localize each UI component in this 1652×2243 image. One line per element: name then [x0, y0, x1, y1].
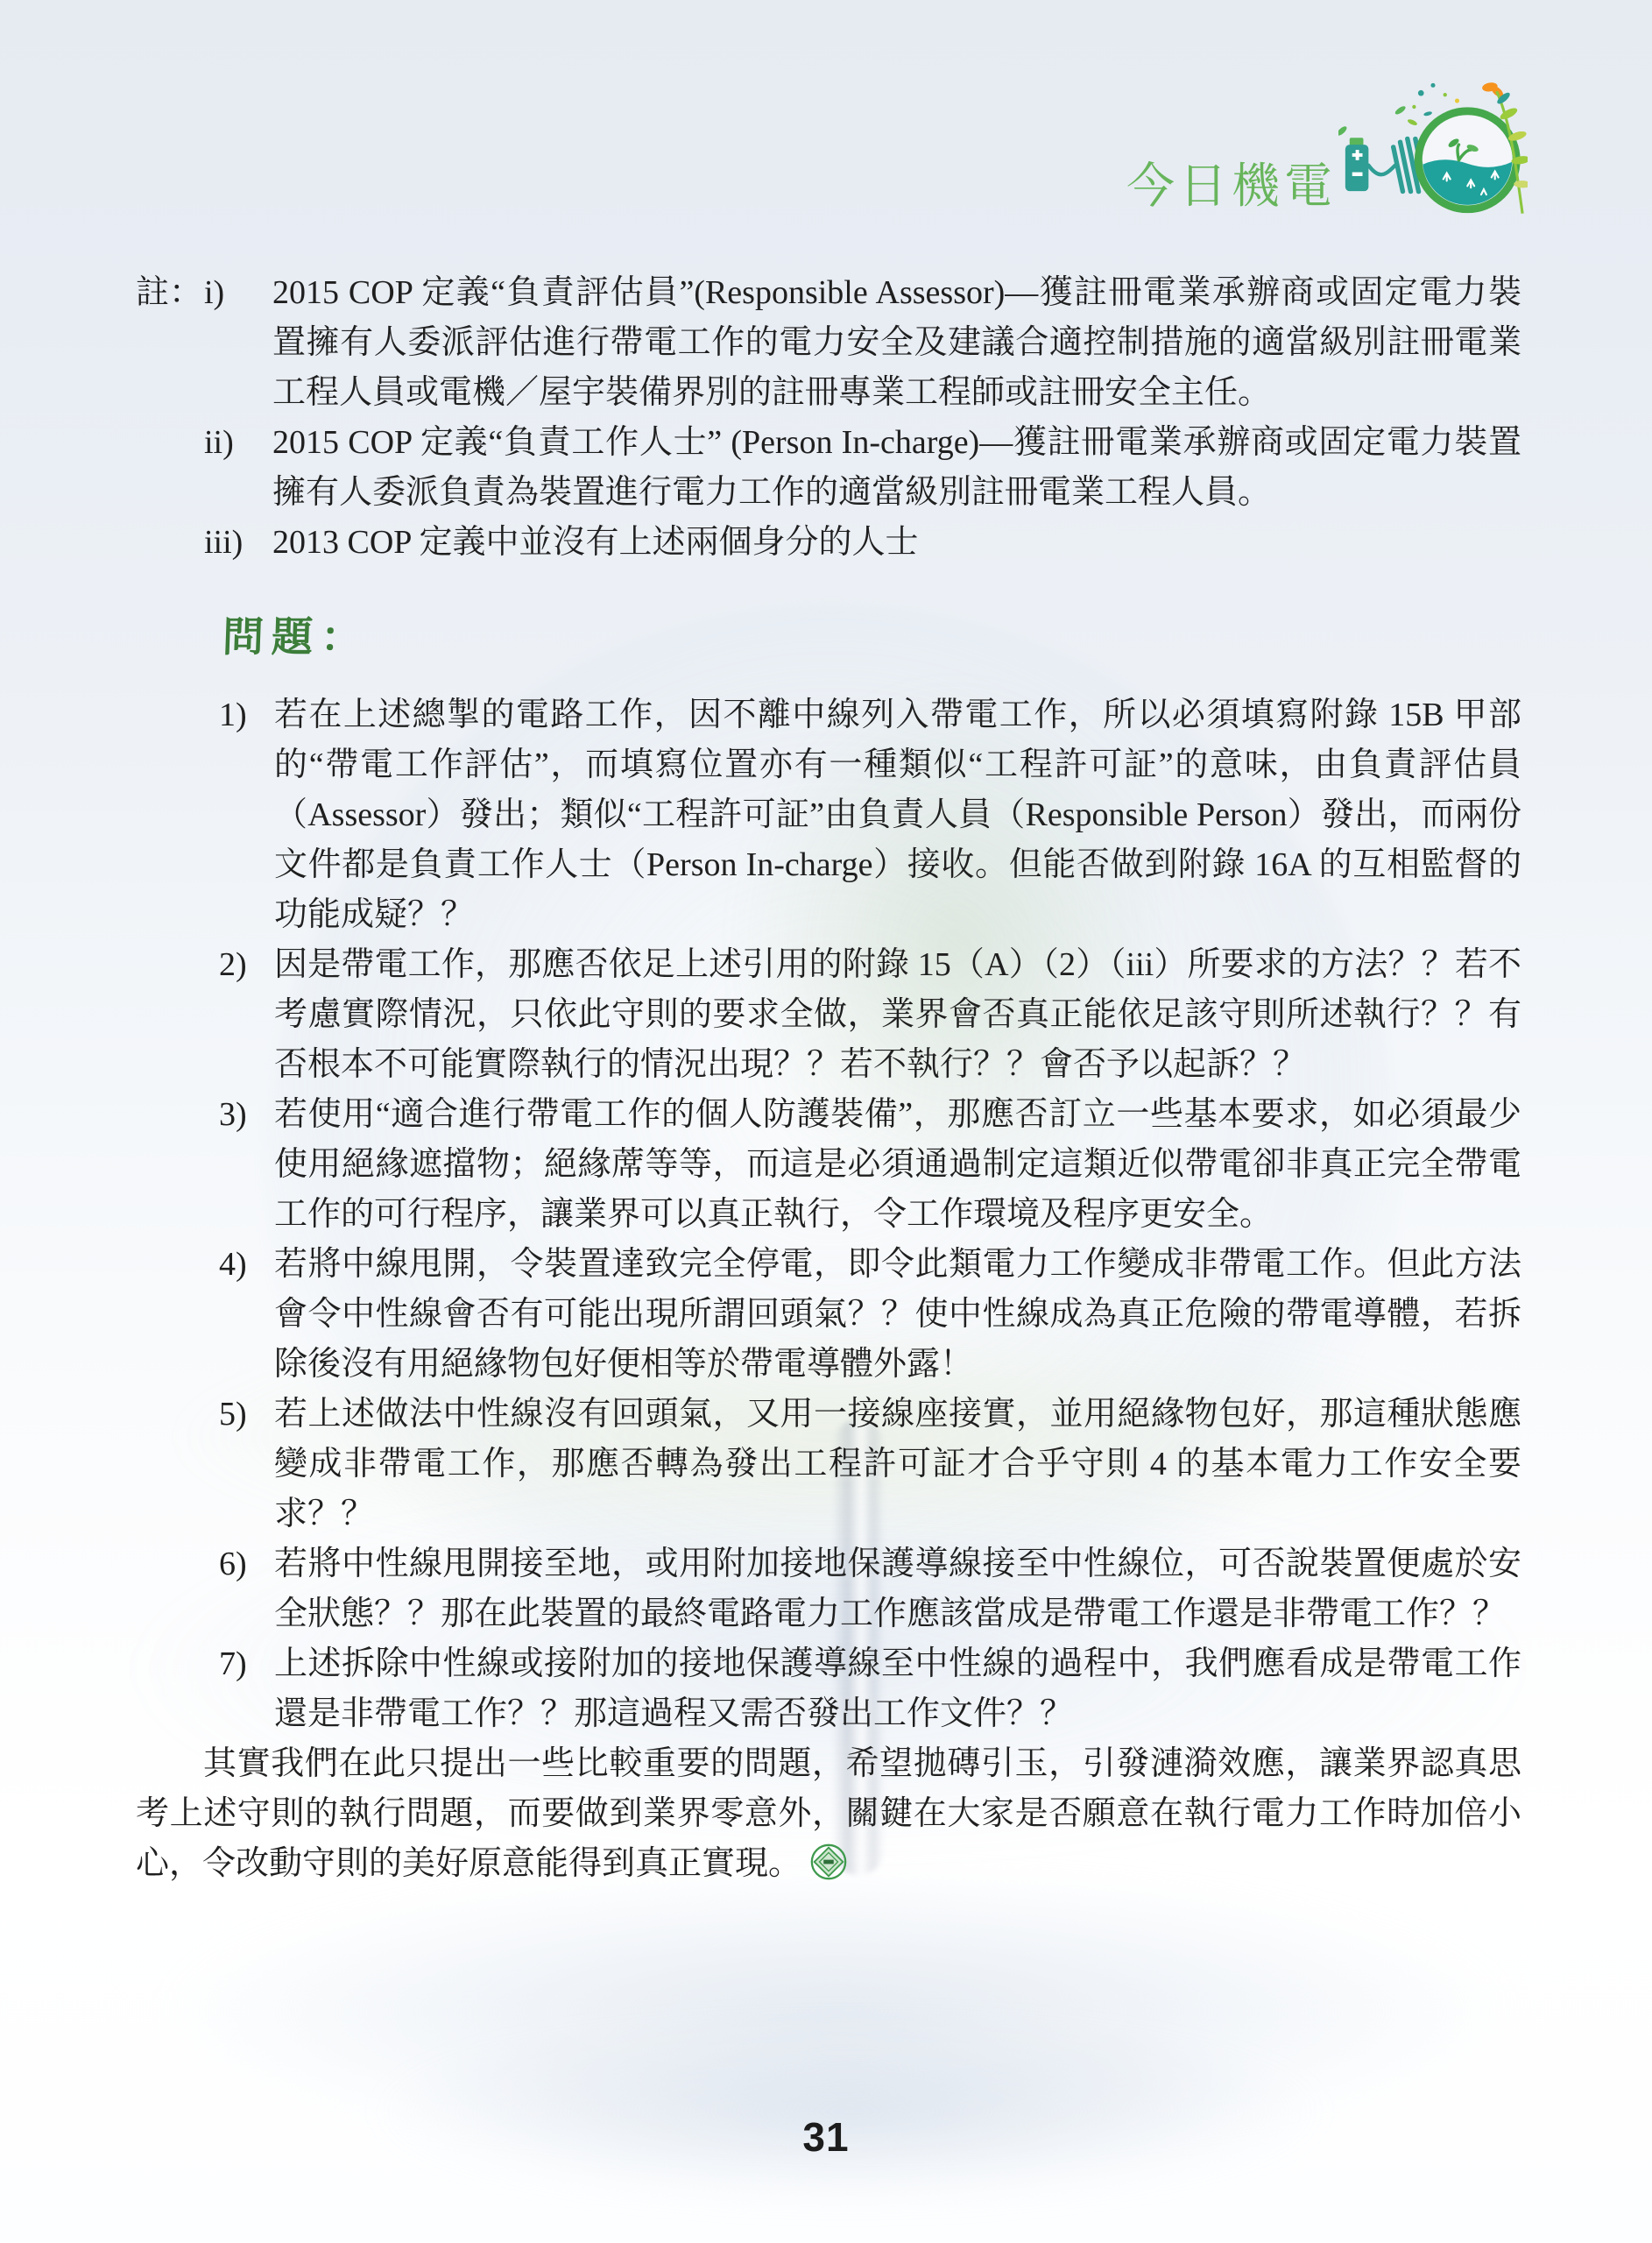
magazine-title: 今日機電 — [1126, 147, 1337, 216]
question-number: 7) — [219, 1639, 274, 1739]
question-text: 若使用“適合進行帶電工作的個人防護裝備”，那應否訂立一些基本要求，如必須最少使用… — [274, 1090, 1521, 1240]
closing-paragraph: 其實我們在此只提出一些比較重要的問題，希望拋磚引玉，引發漣漪效應，讓業界認真思考… — [136, 1739, 1521, 1889]
question-number: 3) — [219, 1090, 274, 1240]
question-item: 6) 若將中性線甩開接至地，或用附加接地保護導線接至中性線位，可否說裝置便處於安… — [219, 1539, 1521, 1639]
question-item: 7) 上述拆除中性線或接附加的接地保護導線至中性線的過程中，我們應看成是帶電工作… — [219, 1639, 1521, 1739]
note-item-number: iii) — [204, 518, 272, 568]
question-number: 1) — [219, 690, 274, 940]
watermark-ripple — [368, 2015, 1331, 2208]
note-item-number: ii) — [204, 418, 272, 518]
question-item: 2) 因是帶電工作，那應否依足上述引用的附錄 15（A）（2）（iii）所要求的… — [219, 940, 1521, 1090]
note-item-text: 2015 COP 定義“負責評估員”(Responsible Assessor)… — [272, 268, 1521, 418]
note-item-number: i) — [204, 268, 272, 418]
emsd-diamond-end-mark-icon — [808, 1842, 849, 1882]
question-item: 5) 若上述做法中性線沒有回頭氣，又用一接線座接實，並用絕緣物包好，那這種狀態應… — [219, 1390, 1521, 1539]
note-item-text: 2015 COP 定義“負責工作人士” (Person In-charge)—獲… — [272, 418, 1521, 518]
note-label: 註： — [136, 268, 204, 418]
question-number: 4) — [219, 1240, 274, 1390]
question-text: 若上述做法中性線沒有回頭氣，又用一接線座接實，並用絕緣物包好，那這種狀態應變成非… — [274, 1390, 1521, 1539]
eco-lightbulb-logo-icon — [1338, 68, 1528, 233]
magazine-page: { "header": { "magazine_title": "今日機電" }… — [0, 0, 1652, 2243]
note-block: 註： i) 2015 COP 定義“負責評估員”(Responsible Ass… — [136, 268, 1521, 568]
question-item: 4) 若將中線甩開，令裝置達致完全停電，即令此類電力工作變成非帶電工作。但此方法… — [219, 1240, 1521, 1390]
questions-heading: 問題： — [222, 612, 1523, 664]
question-item: 3) 若使用“適合進行帶電工作的個人防護裝備”，那應否訂立一些基本要求，如必須最… — [219, 1090, 1521, 1240]
question-text: 若在上述總掣的電路工作，因不離中線列入帶電工作，所以必須填寫附錄 15B 甲部的… — [274, 690, 1521, 940]
note-item: ii) 2015 COP 定義“負責工作人士” (Person In-charg… — [136, 418, 1521, 518]
question-number: 5) — [219, 1390, 274, 1539]
question-item: 1) 若在上述總掣的電路工作，因不離中線列入帶電工作，所以必須填寫附錄 15B … — [219, 690, 1521, 940]
question-text: 若將中性線甩開接至地，或用附加接地保護導線接至中性線位，可否說裝置便處於安全狀態… — [274, 1539, 1521, 1639]
question-text: 因是帶電工作，那應否依足上述引用的附錄 15（A）（2）（iii）所要求的方法？… — [274, 940, 1521, 1090]
article-body: 註： i) 2015 COP 定義“負責評估員”(Responsible Ass… — [136, 268, 1521, 1922]
note-item: 註： i) 2015 COP 定義“負責評估員”(Responsible Ass… — [136, 268, 1521, 418]
question-number: 6) — [219, 1539, 274, 1639]
question-text: 若將中線甩開，令裝置達致完全停電，即令此類電力工作變成非帶電工作。但此方法會令中… — [274, 1240, 1521, 1390]
questions-list: 1) 若在上述總掣的電路工作，因不離中線列入帶電工作，所以必須填寫附錄 15B … — [219, 690, 1521, 1739]
note-item-text: 2013 COP 定義中並沒有上述兩個身分的人士 — [272, 518, 1521, 568]
question-number: 2) — [219, 940, 274, 1090]
question-text: 上述拆除中性線或接附加的接地保護導線至中性線的過程中，我們應看成是帶電工作還是非… — [274, 1639, 1521, 1739]
page-number: 31 — [0, 2113, 1652, 2161]
note-item: iii) 2013 COP 定義中並沒有上述兩個身分的人士 — [136, 518, 1521, 568]
